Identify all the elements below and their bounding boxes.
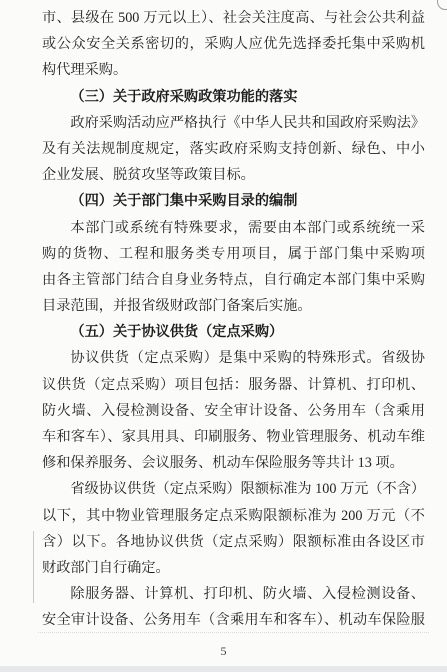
text-line: 协议供货（定点采购）是集中采购的特殊形式。省级协 bbox=[42, 345, 425, 371]
scan-margin-line-artifact bbox=[33, 531, 34, 603]
text-line: 含）以下。各地协议供货（定点采购）限额标准由各设区市 bbox=[42, 529, 425, 555]
text-line: 财政部门自行确定。 bbox=[42, 555, 425, 581]
text-line: 修和保养服务、会议服务、机动车保险服务等共计 13 项。 bbox=[42, 450, 425, 476]
text-line: 除服务器、计算机、打印机、防火墙、入侵检测设备、 bbox=[42, 581, 425, 607]
text-line: 构代理采购。 bbox=[42, 57, 425, 83]
text-line: 安全审计设备、公务用车（含乘用车和客车）、机动车保险服 bbox=[42, 607, 425, 633]
text-line: 车和客车）、家具用具、印刷服务、物业管理服务、机动车维 bbox=[42, 424, 425, 450]
text-line: 以下，其中物业管理服务定点采购限额标准为 200 万元（不 bbox=[42, 503, 425, 529]
section-heading: （四）关于部门集中采购目录的编制 bbox=[42, 188, 425, 214]
section-heading: （五）关于协议供货（定点采购） bbox=[42, 319, 425, 345]
document-page: 市、县级在 500 万元以上）、社会关注度高、与社会公共利益或公众安全关系密切的… bbox=[0, 0, 447, 672]
document-body: 市、县级在 500 万元以上）、社会关注度高、与社会公共利益或公众安全关系密切的… bbox=[42, 5, 425, 634]
text-line: 购的货物、工程和服务类专用项目，属于部门集中采购项目， bbox=[42, 241, 425, 267]
section-heading: （三）关于政府采购政策功能的落实 bbox=[42, 84, 425, 110]
text-line: 防火墙、入侵检测设备、安全审计设备、公务用车（含乘用 bbox=[42, 398, 425, 424]
text-line: 或公众安全关系密切的，采购人应优先选择委托集中采购机 bbox=[42, 31, 425, 57]
text-line: 省级协议供货（定点采购）限额标准为 100 万元（不含） bbox=[42, 476, 425, 502]
text-line: 市、县级在 500 万元以上）、社会关注度高、与社会公共利益 bbox=[42, 5, 425, 31]
text-line: 政府采购活动应严格执行《中华人民共和国政府采购法》 bbox=[42, 110, 425, 136]
text-line: 企业发展、脱贫攻坚等政策目标。 bbox=[42, 162, 425, 188]
scan-fold-artifact bbox=[38, 632, 429, 633]
text-line: 及有关法规制度规定，落实政府采购支持创新、绿色、中小 bbox=[42, 136, 425, 162]
text-line: 目录范围，并报省级财政部门备案后实施。 bbox=[42, 293, 425, 319]
text-line: 本部门或系统有特殊要求，需要由本部门或系统统一采 bbox=[42, 215, 425, 241]
scan-edge-strip bbox=[0, 666, 447, 672]
text-line: 议供货（定点采购）项目包括：服务器、计算机、打印机、 bbox=[42, 372, 425, 398]
text-line: 由各主管部门结合自身业务特点，自行确定本部门集中采购 bbox=[42, 267, 425, 293]
scan-corner-artifact bbox=[437, 0, 447, 10]
page-number: 5 bbox=[0, 644, 447, 659]
